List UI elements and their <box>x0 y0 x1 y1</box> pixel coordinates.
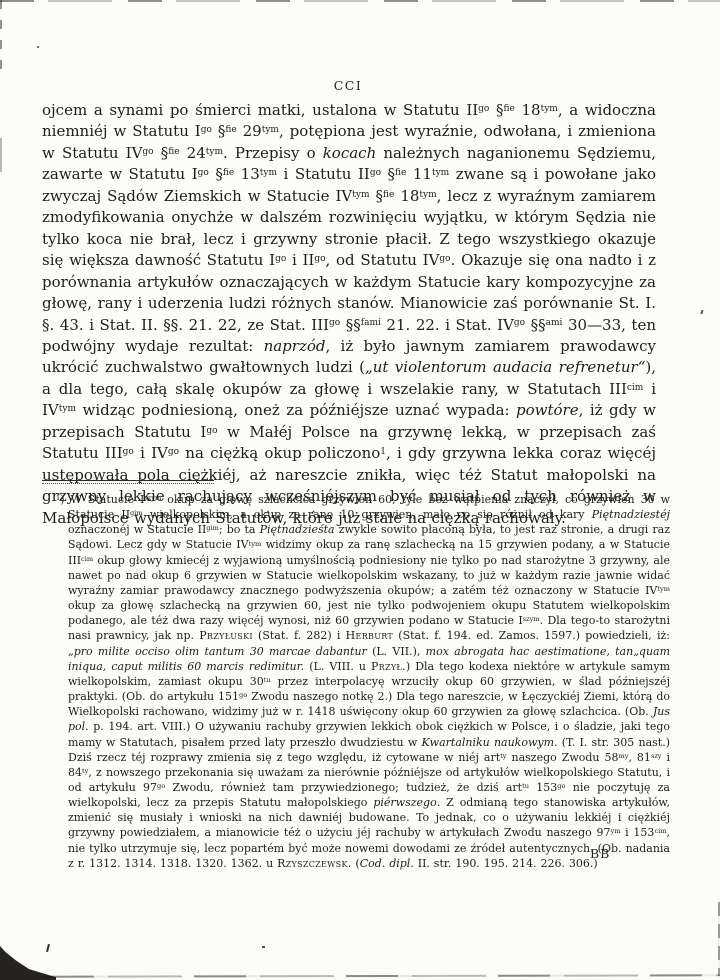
scan-artifact-speck <box>262 946 265 948</box>
scan-artifact-speck <box>37 46 39 48</box>
scan-artifact-speck <box>700 310 703 314</box>
footnote-separator-rule <box>42 480 214 484</box>
scan-artifact-left-edge <box>0 138 2 172</box>
printer-signature-mark: BB <box>590 846 610 861</box>
footnote-text: 1) W Statucie Iszym okup za głowę szlach… <box>56 492 670 871</box>
scan-artifact-speck <box>46 944 50 952</box>
page-number-roman: CCI <box>42 78 654 93</box>
scanned-book-page: CCI ojcem a synami po śmierci matki, ust… <box>0 0 720 980</box>
body-text-paragraph: ojcem a synami po śmierci matki, ustalon… <box>42 100 656 529</box>
scan-artifact-bottom-edge <box>42 974 720 977</box>
scan-artifact-top-edge <box>0 0 720 2</box>
scan-artifact-left-edge <box>0 0 2 70</box>
scan-artifact-corner-blob <box>0 946 56 980</box>
